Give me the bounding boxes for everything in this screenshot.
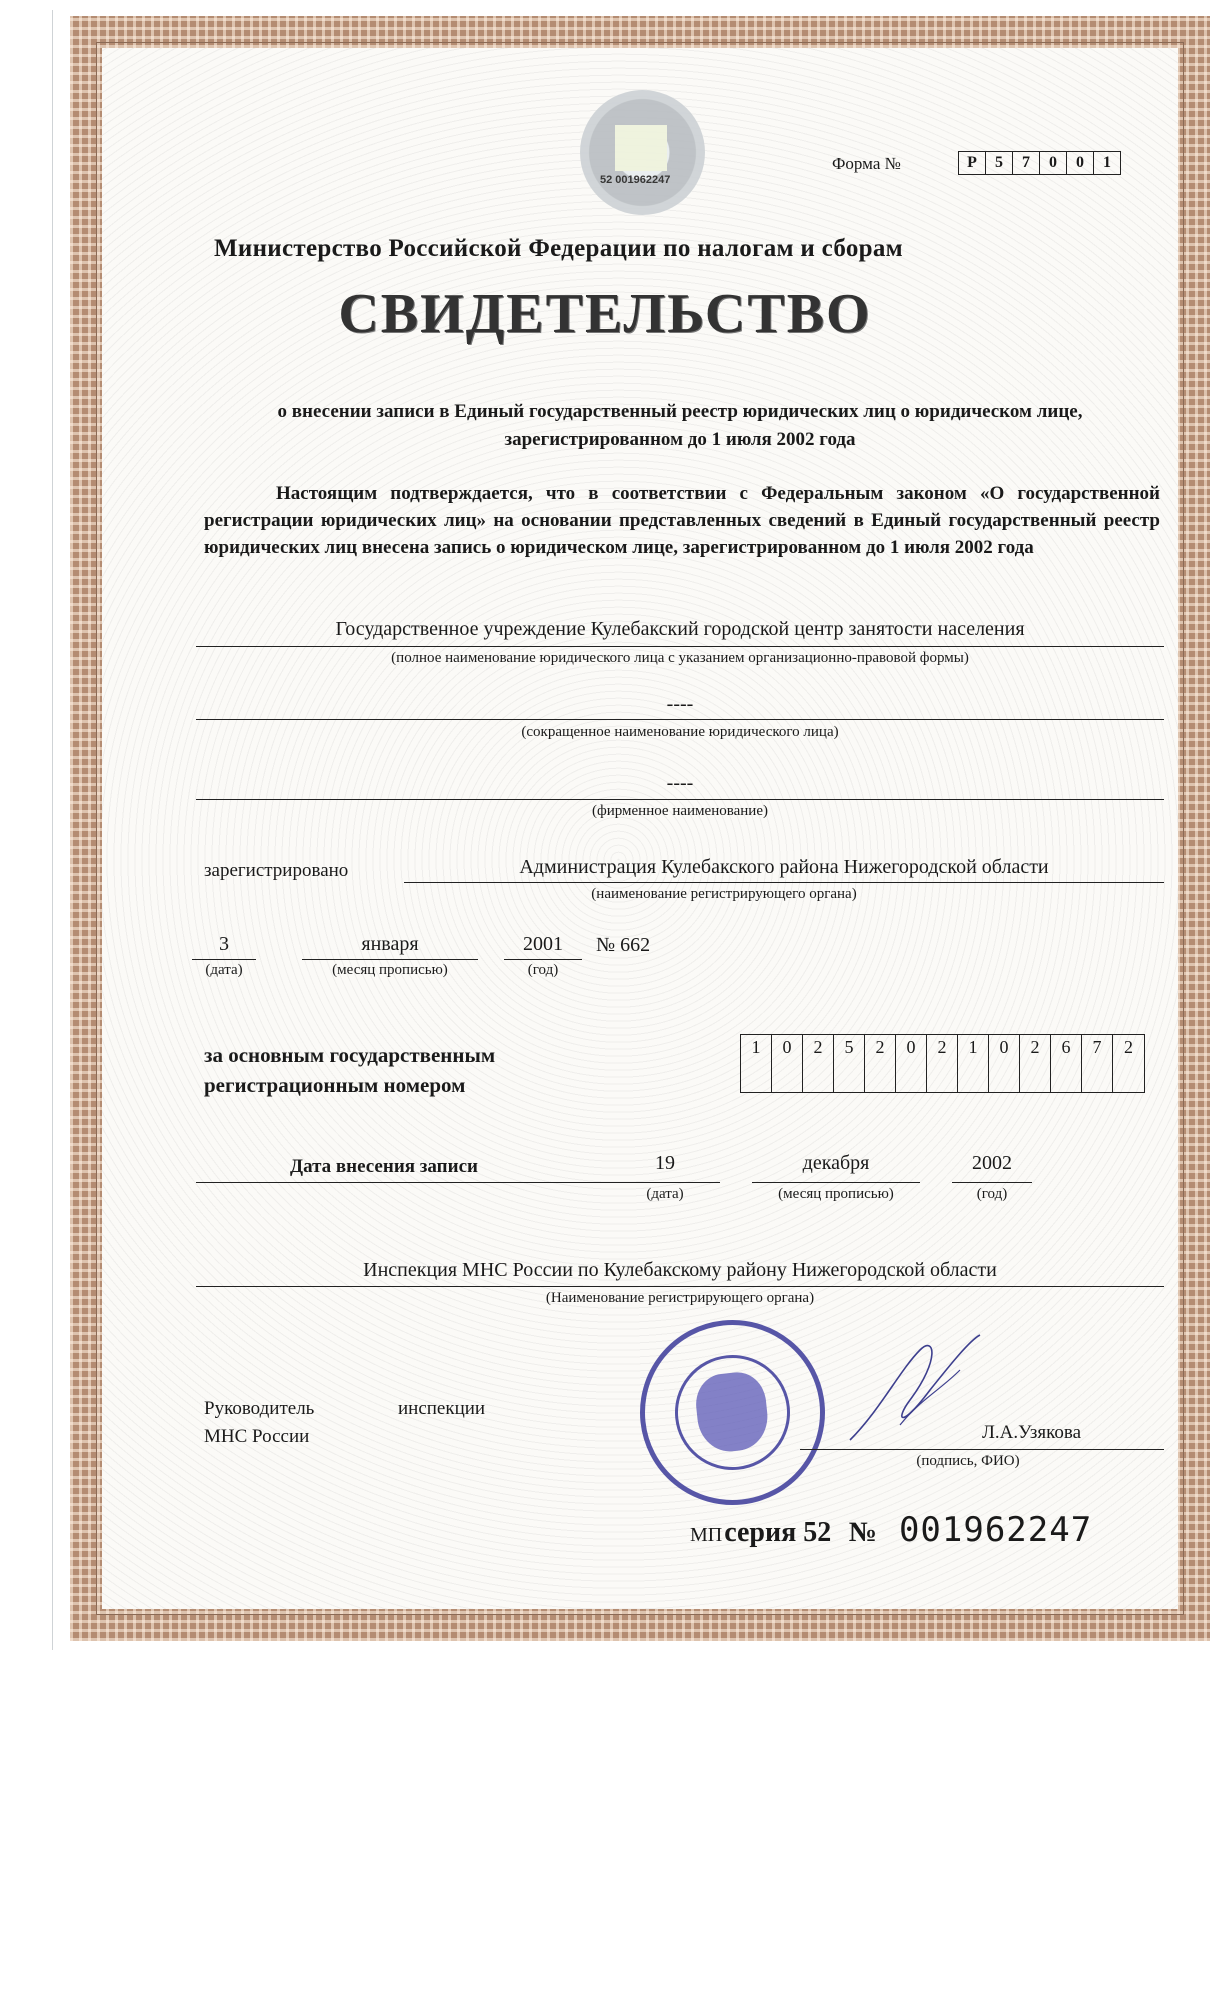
- ministry-heading: Министерство Российской Федерации по нал…: [214, 235, 1074, 263]
- entry-month-underline: [752, 1182, 920, 1183]
- full-name-value: Государственное учреждение Кулебакский г…: [196, 618, 1164, 641]
- ogrn-digit: 2: [1020, 1035, 1051, 1092]
- form-code-char: 1: [1094, 152, 1120, 174]
- ogrn-digit: 0: [896, 1035, 927, 1092]
- certificate-number: 001962247: [899, 1510, 1092, 1550]
- registered-label: зарегистрировано: [204, 860, 348, 882]
- entry-year-value: 2002: [952, 1152, 1032, 1175]
- full-name-underline: [196, 646, 1164, 647]
- form-code-char: 0: [1067, 152, 1094, 174]
- entry-day-underline: [196, 1182, 720, 1183]
- hologram-seal: 52 001962247: [580, 90, 705, 215]
- short-name-underline: [196, 719, 1164, 720]
- ogrn-digit: 0: [772, 1035, 803, 1092]
- inspection-value: Инспекция МНС России по Кулебакскому рай…: [196, 1259, 1164, 1282]
- reg-year-value: 2001: [504, 933, 582, 956]
- reg-year-caption: (год): [504, 962, 582, 979]
- ogrn-label-line2: регистрационным номером: [204, 1070, 495, 1100]
- inspection-caption: (Наименование регистрирующего органа): [196, 1290, 1164, 1307]
- signatory-position-a: Руководитель: [204, 1398, 314, 1420]
- reg-month-underline: [302, 959, 478, 960]
- ogrn-digit: 2: [865, 1035, 896, 1092]
- entry-day-value: 19: [620, 1152, 710, 1175]
- entry-month-value: декабря: [752, 1152, 920, 1175]
- brand-name-caption: (фирменное наименование): [196, 803, 1164, 820]
- ogrn-digit: 7: [1082, 1035, 1113, 1092]
- brand-name-value: ----: [196, 772, 1164, 795]
- signatory-position-b: инспекции: [398, 1398, 485, 1420]
- signature-caption: (подпись, ФИО): [898, 1453, 1038, 1470]
- entry-month-caption: (месяц прописью): [752, 1186, 920, 1203]
- series-label: серия 52: [724, 1517, 831, 1548]
- registering-authority-underline: [404, 882, 1164, 883]
- signatory-position-line2: МНС России: [204, 1426, 309, 1448]
- form-code-char: 0: [1040, 152, 1067, 174]
- form-number-label: Форма №: [832, 154, 901, 174]
- reg-month-value: января: [302, 933, 478, 956]
- short-name-caption: (сокращенное наименование юридического л…: [196, 724, 1164, 741]
- inner-border-line: [96, 42, 1184, 1615]
- ogrn-digit: 5: [834, 1035, 865, 1092]
- form-code-char: 7: [1013, 152, 1040, 174]
- ogrn-label-line1: за основным государственным: [204, 1040, 495, 1070]
- reg-month-caption: (месяц прописью): [302, 962, 478, 979]
- entry-day-caption: (дата): [620, 1186, 710, 1203]
- inspection-underline: [196, 1286, 1164, 1287]
- ogrn-digit: 1: [741, 1035, 772, 1092]
- reg-year-underline: [504, 959, 582, 960]
- certificate-series: МПсерия 52 №001962247: [690, 1510, 1092, 1550]
- entry-date-label: Дата внесения записи: [290, 1156, 478, 1178]
- number-sign: №: [849, 1517, 877, 1548]
- ogrn-label: за основным государственным регистрацион…: [204, 1040, 495, 1100]
- ogrn-digit: 6: [1051, 1035, 1082, 1092]
- ogrn-digit: 1: [958, 1035, 989, 1092]
- full-name-caption: (полное наименование юридического лица с…: [196, 650, 1164, 667]
- form-number-boxes: Р 5 7 0 0 1: [958, 151, 1121, 175]
- ogrn-digit: 2: [1113, 1035, 1144, 1092]
- seal-place-label: МП: [690, 1524, 722, 1546]
- scan-edge: [52, 10, 53, 1650]
- ogrn-digit: 2: [803, 1035, 834, 1092]
- document-subtitle: о внесении записи в Единый государственн…: [200, 398, 1160, 454]
- confirmation-paragraph: Настоящим подтверждается, что в соответс…: [204, 480, 1160, 561]
- form-code-char: Р: [959, 152, 986, 174]
- brand-name-underline: [196, 799, 1164, 800]
- registering-authority-value: Администрация Кулебакского района Нижего…: [404, 856, 1164, 879]
- ogrn-digit-boxes: 1 0 2 5 2 0 2 1 0 2 6 7 2: [740, 1034, 1145, 1093]
- signature-scribble: [840, 1330, 990, 1450]
- reg-day-value: 3: [192, 933, 256, 956]
- reg-number: № 662: [596, 934, 650, 957]
- hologram-emblem-icon: [615, 125, 667, 171]
- reg-day-caption: (дата): [192, 962, 256, 979]
- hologram-serial: 52 001962247: [600, 174, 670, 186]
- reg-day-underline: [192, 959, 256, 960]
- form-code-char: 5: [986, 152, 1013, 174]
- document-title: СВИДЕТЕЛЬСТВО: [200, 282, 1010, 346]
- short-name-value: ----: [196, 693, 1164, 716]
- registering-authority-caption: (наименование регистрирующего органа): [404, 886, 1044, 903]
- signature-underline: [800, 1449, 1164, 1450]
- signatory-name: Л.А.Узякова: [982, 1422, 1081, 1444]
- ogrn-digit: 2: [927, 1035, 958, 1092]
- entry-year-underline: [952, 1182, 1032, 1183]
- entry-year-caption: (год): [952, 1186, 1032, 1203]
- ogrn-digit: 0: [989, 1035, 1020, 1092]
